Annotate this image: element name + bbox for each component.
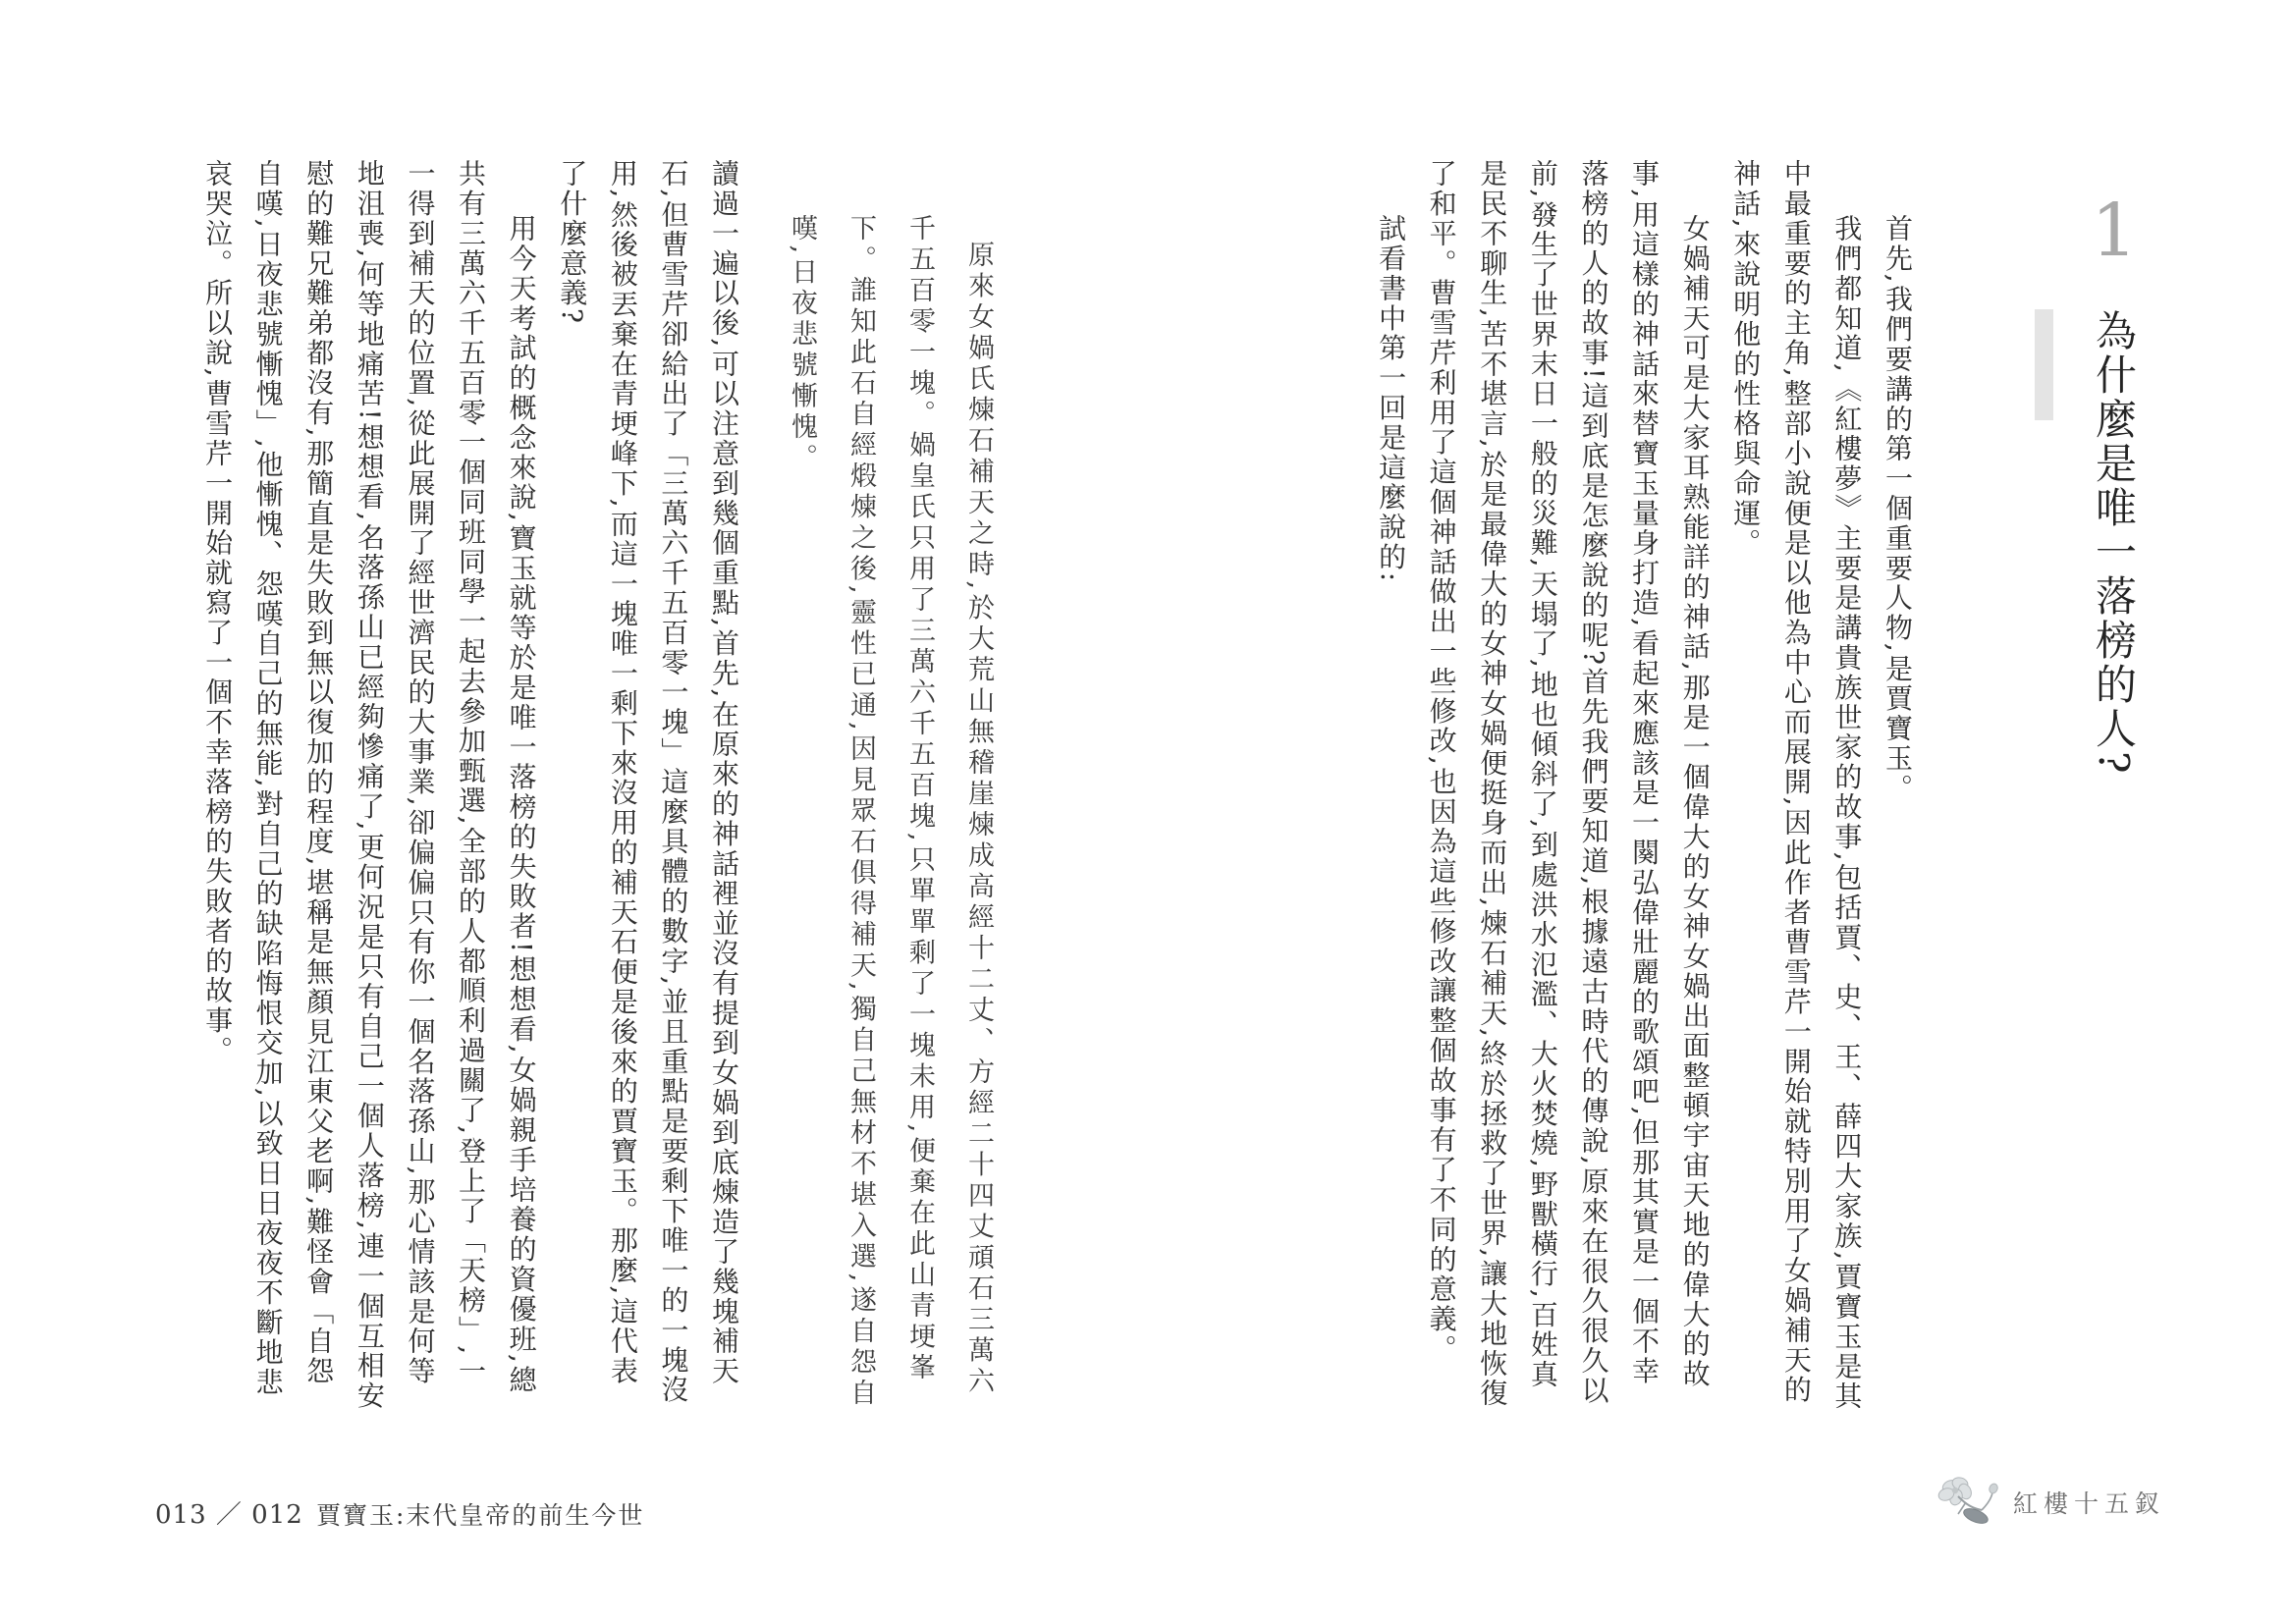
left-page-text: 讀過一遍以後,可以注意到幾個重點,首先,在原來的神話裡並沒有提到女媧到底煉造了幾… [191,159,749,1416]
chapter-number: 1 [2080,194,2149,267]
paragraph: 我們都知道,《紅樓夢》主要是講貴族世家的故事,包括賈、史、王、薛四大家族,賈寶玉… [1720,159,1873,1416]
chapter-accent-bar [2035,309,2053,420]
paragraph: 試看書中第一回是這麼說的: [1365,159,1416,1416]
series-footer: 紅樓十五釵 [1936,1475,2165,1530]
flower-icon [1936,1475,2001,1530]
paragraph: 首先,我們要講的第一個重要人物,是賈寶玉。 [1872,159,1923,1416]
right-page-text: 首先,我們要講的第一個重要人物,是賈寶玉。 我們都知道,《紅樓夢》主要是講貴族世… [1365,159,1923,1416]
quote-text: 原來女媧氏煉石補天之時,於大荒山無稽崖煉成高經十二丈、方經二十四丈頑石三萬六千五… [772,214,1008,1424]
paragraph: 用今天考試的概念來說,寶玉就等於是唯一落榜的失敗者!想想看,女媧親手培養的資優班… [191,159,546,1416]
classical-excerpt-quote: 原來女媧氏煉石補天之時,於大荒山無稽崖煉成高經十二丈、方經二十四丈頑石三萬六千五… [772,214,1008,1424]
book-spread: 1 為什麼是唯一落榜的人? 首先,我們要講的第一個重要人物,是賈寶玉。 我們都知… [0,0,2290,1624]
paragraph: 讀過一遍以後,可以注意到幾個重點,首先,在原來的神話裡並沒有提到女媧到底煉造了幾… [547,159,749,1416]
chapter-title: 為什麼是唯一落榜的人? [2090,309,2138,839]
paragraph: 女媧補天可是大家耳熟能詳的神話,那是一個偉大的女神女媧出面整頓宇宙天地的偉大的故… [1416,159,1720,1416]
series-title: 紅樓十五釵 [2013,1485,2165,1520]
chapter-subtitle: 賈寶玉:末代皇帝的前生今世 [316,1496,644,1532]
page-numbers: 013 ／ 012 [155,1494,303,1531]
